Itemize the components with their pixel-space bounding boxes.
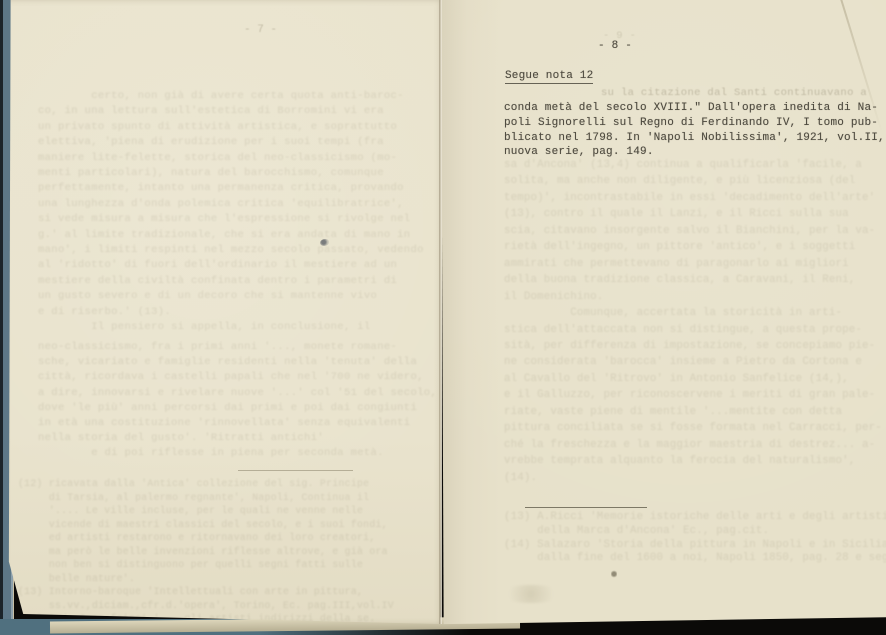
text-line: della buona tradizione classica, a Carav… [504,272,882,288]
text-line: poli Signorelli sul Regno di Ferdinando … [504,116,885,131]
left-page-footnotes: (12) ricavata dalla 'Antica' collezione … [18,477,394,626]
text-line: elettiva, 'piena di erudizione per i suo… [38,135,424,150]
text-line: a dire, innovarsi e rivelare nuove '...'… [38,386,437,401]
text-line: al 'ridotto' di fuori dell'ordinario il … [38,258,424,273]
binding-gutter [439,0,442,624]
text-line: ss.vv.,diciam.,cfr.d.'opera', Torino, Ec… [18,599,394,613]
text-line: Comunque, accertata la storicità in arti… [504,305,882,321]
text-line: (14) Salazaro 'Storia della pittura in N… [504,539,886,553]
text-line: e di poi riflesse in piena per seconda m… [38,446,437,461]
text-line: dove 'le più' anni percorsi dai primi e … [38,401,437,416]
text-line: in età una costituzione 'rinnovellata' s… [38,416,437,431]
text-line: '.... Le ville incluse, per le quali ne … [18,504,394,518]
bleed-through-line: su la citazione dal Santi continuavano a [601,87,867,99]
note-heading: Segue nota 12 [505,70,593,84]
text-line: dalla fine del 1600 a noi, Napoli 1850, … [504,552,886,566]
text-line: riate, vaste piene di mentile '...mentit… [504,404,882,420]
left-footnote-separator-rule [238,470,353,471]
text-line: maniere lite-felette, storica del neo-cl… [38,151,424,166]
text-line: (13) Intorno-baroque 'Intellettuali con … [18,585,394,599]
text-line: (14). [504,470,882,486]
right-page-footnotes: (13) A.Ricci 'Memorie istoriche delle ar… [504,511,886,566]
text-line: il Domenichino. [504,289,882,305]
text-line: un privato spunto di attività artistica,… [38,120,424,135]
text-line: neo-classicismo, fra i primi anni '..., … [38,340,437,355]
text-line: scia, citavano insorgente salvo il Bianc… [504,223,882,239]
text-line: belle nature'. [18,572,394,586]
text-line: tempo)', incontrastabile in essi 'decadi… [504,190,882,206]
text-line: sche, vicariato e famiglie residenti nel… [38,355,437,370]
text-line: Il pensiero si appella, in conclusione, … [38,320,424,335]
page-number-left: - 7 - [244,24,277,36]
text-line: mestiere della civiltà confinata dentro … [38,274,424,289]
text-line: di Tarsia, al palermo regnante', Napoli,… [18,491,394,505]
text-line: al Cavallo del 'Ritrovo' in Antonio Sanf… [504,371,882,387]
text-line: sa d'Ancona' (13,4) continua a qualifica… [504,157,882,173]
text-line: ed artisti restarono e ritornavano dei l… [18,531,394,545]
text-line: stica dell'attaccata non si distingue, a… [504,322,882,338]
text-line: ché la freschezza e la maggior maestria … [504,437,882,453]
note-12-continuation-text: conda metà del secolo XVIII." Dall'opera… [504,101,885,160]
left-page-body-paragraph-2: neo-classicismo, fra i primi anni '..., … [38,340,437,462]
manuscript-page-left: - 7 - certo, non già di avere certa quot… [8,0,443,624]
page-number-right: - 8 - [598,40,632,52]
manuscript-page-right: - 9 - - 8 - Segue nota 12 su la citazion… [441,0,886,626]
text-line: città, ricordava i castelli papali che n… [38,370,437,385]
text-line: co, in una lettura sull'estetica di Borr… [38,104,424,119]
text-line: ne considerata 'barocca' insieme a Pietr… [504,354,882,370]
text-line: perfettamente, intanto una permanenza cr… [38,181,424,196]
right-footnote-separator-rule [525,507,647,508]
text-line: (13) A.Ricci 'Memorie istoriche delle ar… [504,511,886,525]
text-line: nella storia del gusto'. 'Ritratti antic… [38,431,437,446]
text-line: mano', i limiti respinti nel mezzo secol… [38,243,424,258]
text-line: (13), contro il quale il Lanzi, e il Ric… [504,206,882,222]
text-line: ammirati che permettevano di paragonarlo… [504,256,882,272]
text-line: ma però le belle invenzioni riflesse alt… [18,545,394,559]
text-line: conda metà del secolo XVIII." Dall'opera… [504,101,885,116]
paper-speck [611,570,617,578]
text-line: e il Galluzzo, per riconoscervene i meri… [504,387,882,403]
text-line: si vede misura a misura che l'espression… [38,212,424,227]
text-line: pittura conciliata se si fosse formata n… [504,420,882,436]
text-line: solita, ma anche non diligente, e più li… [504,173,882,189]
text-line: e di riserbo.' (13). [38,305,424,320]
scanned-manuscript-spread: { "document": { "kind": "typewritten man… [0,0,886,635]
text-line: g.' al limite tradizionale, che si era a… [38,228,424,243]
text-line: certo, non già di avere certa quota anti… [38,89,424,104]
text-line: una lunghezza d'onda polemica critica 'e… [38,197,424,212]
text-line: della Marca d'Ancona' Ec., pag.cit. [504,525,886,539]
text-line: vrebbe temprata alquanto la ferocia del … [504,453,882,469]
text-line: rietà dell'ingegno, un pittore 'antico',… [504,239,882,255]
paper-stain [501,585,561,603]
left-page-body-paragraph-1: certo, non già di avere certa quota anti… [38,89,424,336]
text-line: un gusto severo e di un decoro che si ma… [38,289,424,304]
text-line: blicato nel 1798. In 'Napoli Nobilissima… [504,131,885,146]
text-line: sità, per differenza di impostazione, se… [504,338,882,354]
text-line: (12) ricavata dalla 'Antica' collezione … [18,477,394,491]
right-page-faint-body: sa d'Ancona' (13,4) continua a qualifica… [504,157,882,486]
text-line: non ben si distinguono per quelli segni … [18,558,394,572]
text-line: menti particolari), natura del barocchis… [38,166,424,181]
text-line: vicende di maestri classici del secolo, … [18,518,394,532]
